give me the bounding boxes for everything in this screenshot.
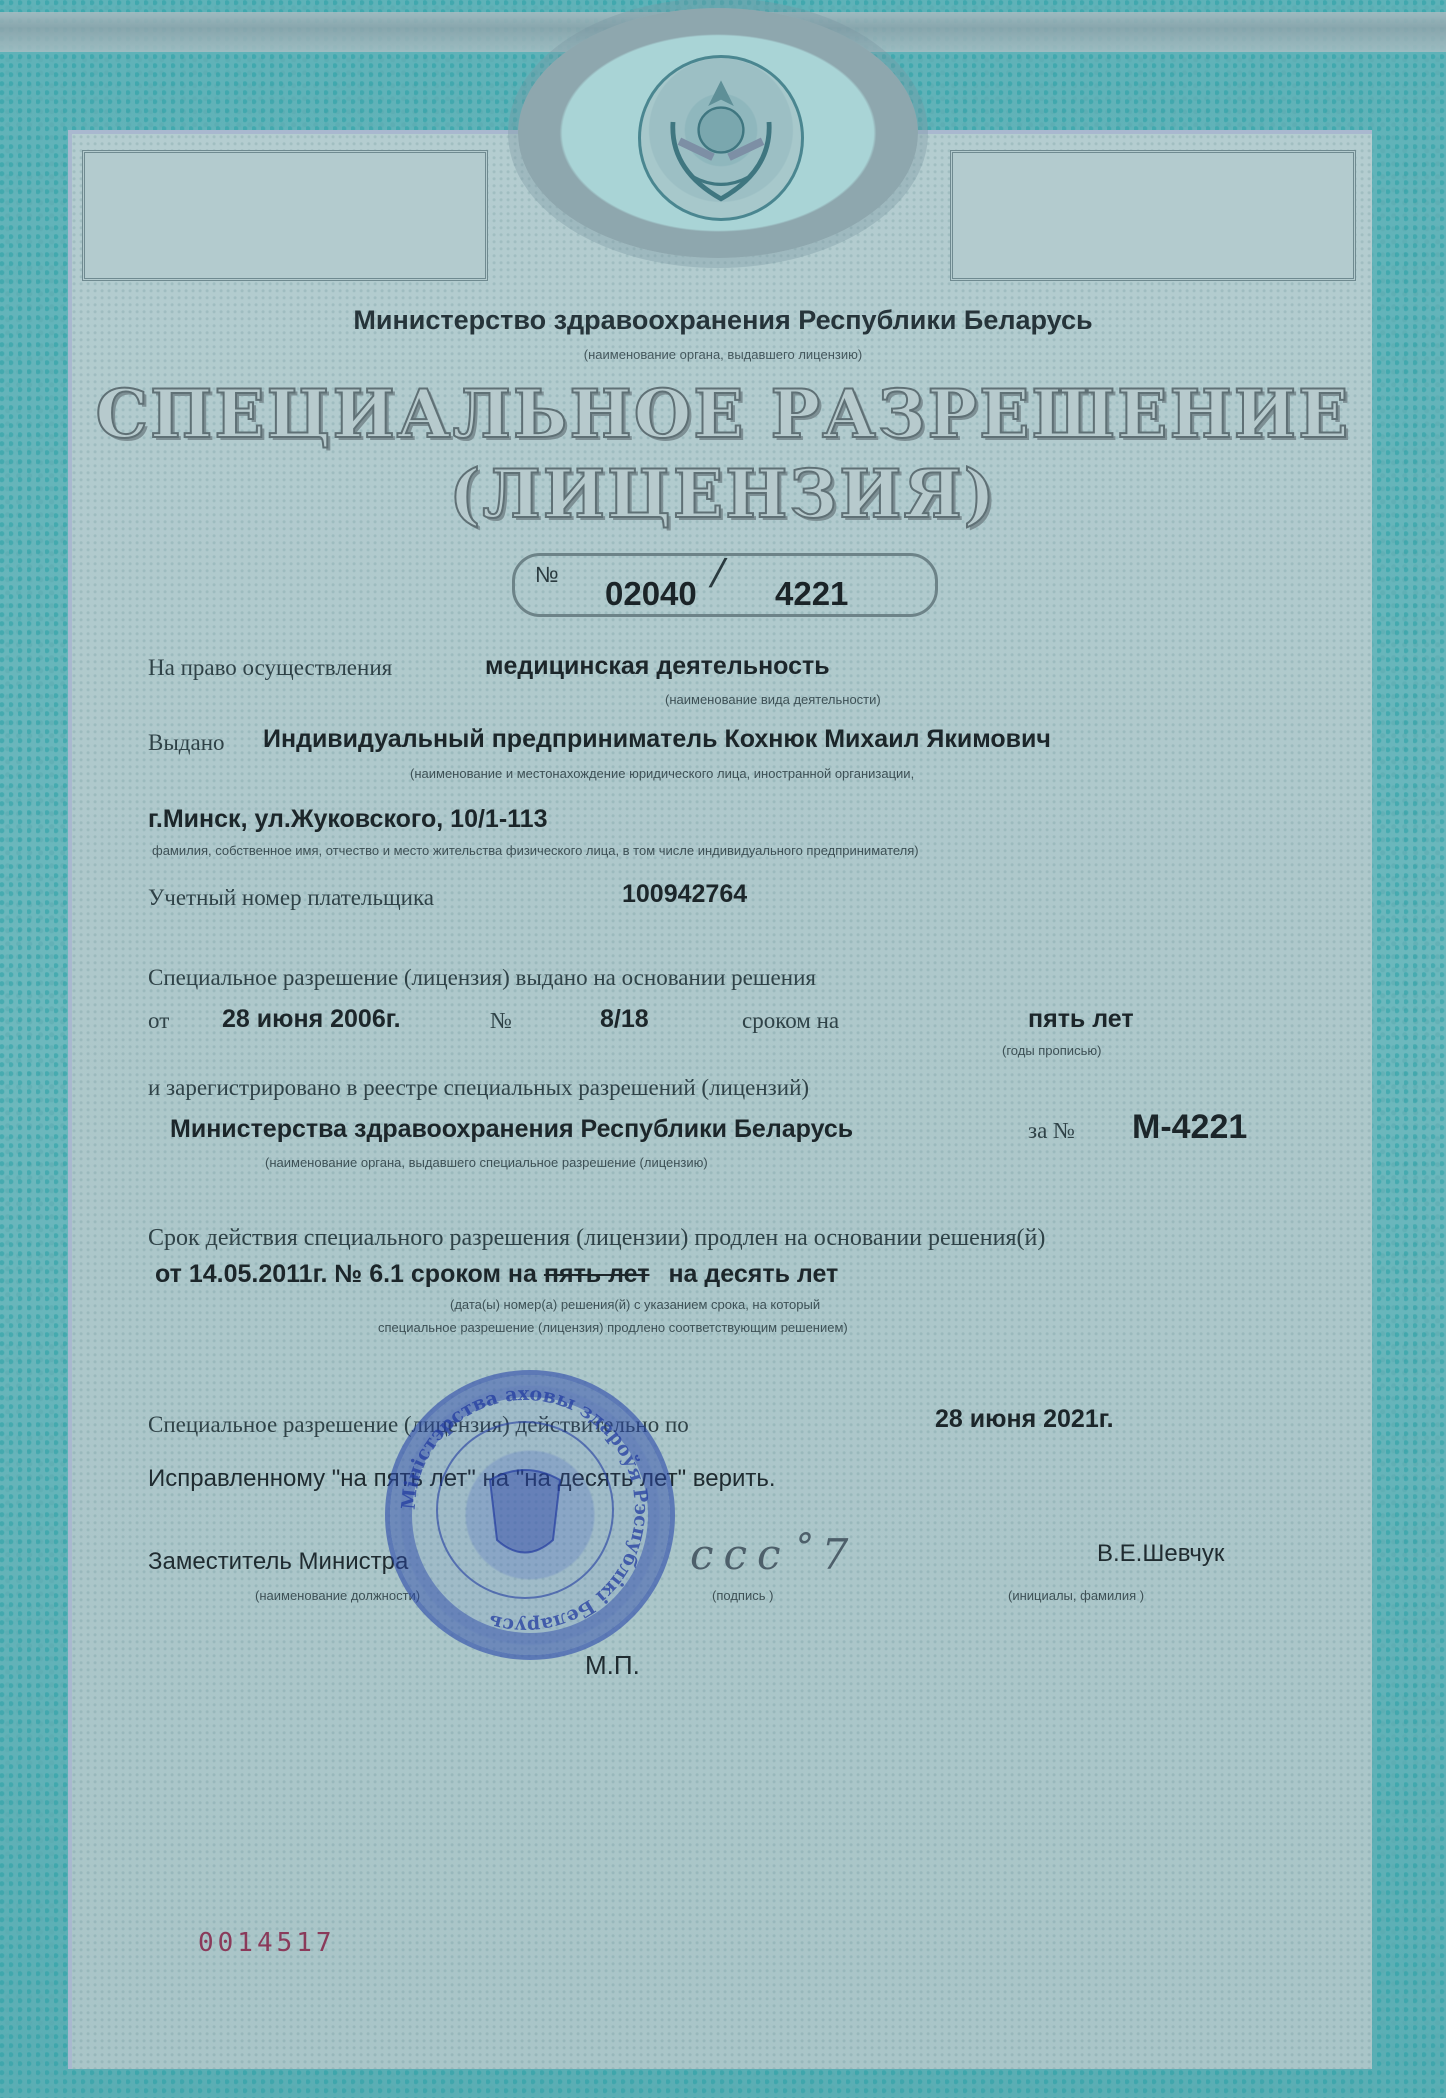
document-title: СПЕЦИАЛЬНОЕ РАЗРЕШЕНИЕ	[0, 375, 1446, 453]
extension-hint-2: специальное разрешение (лицензия) продле…	[378, 1320, 848, 1335]
issuing-body: Министерство здравоохранения Республики …	[0, 305, 1446, 336]
basis-term-hint: (годы прописью)	[1002, 1043, 1101, 1058]
seal-label: М.П.	[585, 1650, 640, 1681]
address-value: г.Минск, ул.Жуковского, 10/1-113	[148, 805, 547, 834]
extension-hint-1: (дата(ы) номер(а) решения(й) с указанием…	[450, 1297, 820, 1312]
serial-number: 0014517	[198, 1928, 336, 1958]
blank-frame-right	[950, 150, 1356, 281]
validity-date: 28 июня 2021г.	[935, 1405, 1114, 1434]
signatory-name-hint: (инициалы, фамилия )	[1008, 1588, 1144, 1603]
official-seal	[385, 1370, 675, 1660]
extension-value-prefix: от 14.05.2011г. № 6.1 сроком на	[155, 1260, 537, 1288]
basis-text: Специальное разрешение (лицензия) выдано…	[148, 965, 816, 991]
extension-value-struck: пять лет	[544, 1260, 650, 1288]
signatory-position: Заместитель Министра	[148, 1548, 408, 1576]
taxpayer-number: 100942764	[622, 880, 747, 909]
number-sign: №	[535, 562, 559, 588]
signatory-name: В.Е.Шевчук	[1097, 1540, 1224, 1568]
taxpayer-label: Учетный номер плательщика	[148, 885, 434, 911]
activity-value: медицинская деятельность	[485, 652, 830, 681]
signature: ссс˚7	[690, 1530, 858, 1579]
registry-number: М-4221	[1132, 1108, 1247, 1147]
registry-no-label: за №	[1028, 1118, 1075, 1144]
issued-to-hint: (наименование и местонахождение юридичес…	[410, 766, 914, 781]
signature-hint: (подпись )	[712, 1588, 773, 1603]
extension-text: Срок действия специального разрешения (л…	[148, 1225, 1045, 1252]
basis-term-value: пять лет	[1028, 1005, 1134, 1034]
signatory-position-hint: (наименование должности)	[255, 1588, 420, 1603]
basis-no-label: №	[490, 1008, 512, 1034]
registry-body: Министерства здравоохранения Республики …	[170, 1115, 853, 1144]
issued-to-value: Индивидуальный предприниматель Кохнюк Ми…	[263, 725, 1051, 754]
issued-to-label: Выдано	[148, 730, 225, 756]
license-number-part2: 4221	[775, 575, 848, 613]
registry-hint: (наименование органа, выдавшего специаль…	[265, 1155, 708, 1170]
extension-value-corrected: на десять лет	[668, 1260, 838, 1288]
activity-label: На право осуществления	[148, 655, 392, 681]
issuing-body-hint: (наименование органа, выдавшего лицензию…	[0, 347, 1446, 362]
activity-hint: (наименование вида деятельности)	[665, 692, 881, 707]
blank-frame-left	[82, 150, 488, 281]
basis-decision-no: 8/18	[600, 1005, 649, 1034]
document-subtitle: (ЛИЦЕНЗИЯ)	[0, 455, 1446, 533]
basis-term-label: сроком на	[742, 1008, 839, 1034]
basis-from-label: от	[148, 1008, 169, 1034]
registry-text: и зарегистрировано в реестре специальных…	[148, 1075, 809, 1101]
address-hint: фамилия, собственное имя, отчество и мес…	[152, 843, 919, 858]
basis-date: 28 июня 2006г.	[222, 1005, 401, 1034]
extension-value: от 14.05.2011г. № 6.1 сроком на пять лет…	[155, 1260, 838, 1289]
coat-of-arms-icon	[638, 55, 804, 221]
license-number-part1: 02040	[605, 575, 697, 613]
